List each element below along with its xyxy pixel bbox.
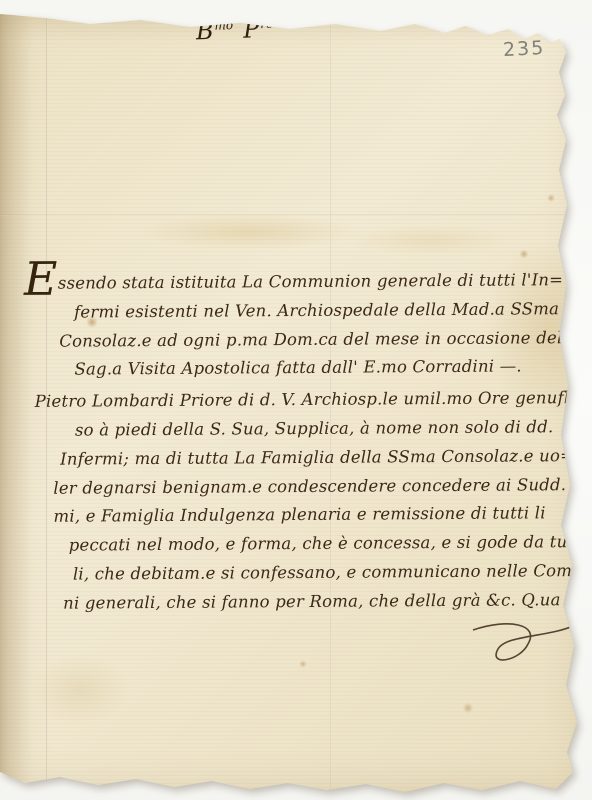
- text-line: Infermi; ma di tutta La Famiglia della S…: [60, 442, 565, 474]
- heading-superscript: re: [260, 17, 273, 31]
- letter-body: E ssendo stata istituita La Communion ge…: [34, 266, 566, 618]
- text-line: ler degnarsi benignam.e condescendere co…: [53, 471, 565, 503]
- text-line: Pietro Lombardi Priore di d. V. Archiosp…: [35, 384, 565, 416]
- text-line: fermi esistenti nel Ven. Archiospedale d…: [74, 295, 564, 327]
- fold-crease-horizontal: [0, 214, 592, 216]
- folio-heading: BmoPre: [196, 17, 274, 44]
- page-number: 235: [503, 39, 546, 60]
- text-line: li, che debitam.e si confessano, e commu…: [73, 557, 566, 589]
- heading-abbrev-padre: Pre: [243, 15, 274, 44]
- text-line: ni generali, che si fanno per Roma, che …: [63, 586, 566, 618]
- heading-letter: B: [196, 17, 216, 46]
- text-line: mi, e Famiglia Indulgenza plenaria e rem…: [53, 500, 565, 532]
- paper-shadow-wrap: BmoPre 235 E ssendo stata istituita La C…: [0, 0, 592, 800]
- text-line: ssendo stata istituita La Communion gene…: [58, 266, 564, 298]
- text-line: so à piedi della S. Sua, Supplica, à nom…: [75, 413, 565, 445]
- text-line: peccati nel modo, e forma, che è concess…: [69, 528, 566, 560]
- text-line: Sag.a Visita Apostolica fatta dall' E.mo…: [74, 353, 564, 385]
- heading-superscript: mo: [214, 18, 233, 33]
- text-line: Consolaz.e ad ogni p.ma Dom.ca del mese …: [59, 324, 564, 356]
- drop-cap-initial: E: [24, 256, 58, 302]
- manuscript-paper: BmoPre 235 E ssendo stata istituita La C…: [0, 0, 592, 800]
- heading-abbrev-beatissimo: Bmo: [196, 16, 234, 45]
- heading-letter: P: [243, 15, 261, 44]
- pen-flourish-icon: [468, 618, 578, 678]
